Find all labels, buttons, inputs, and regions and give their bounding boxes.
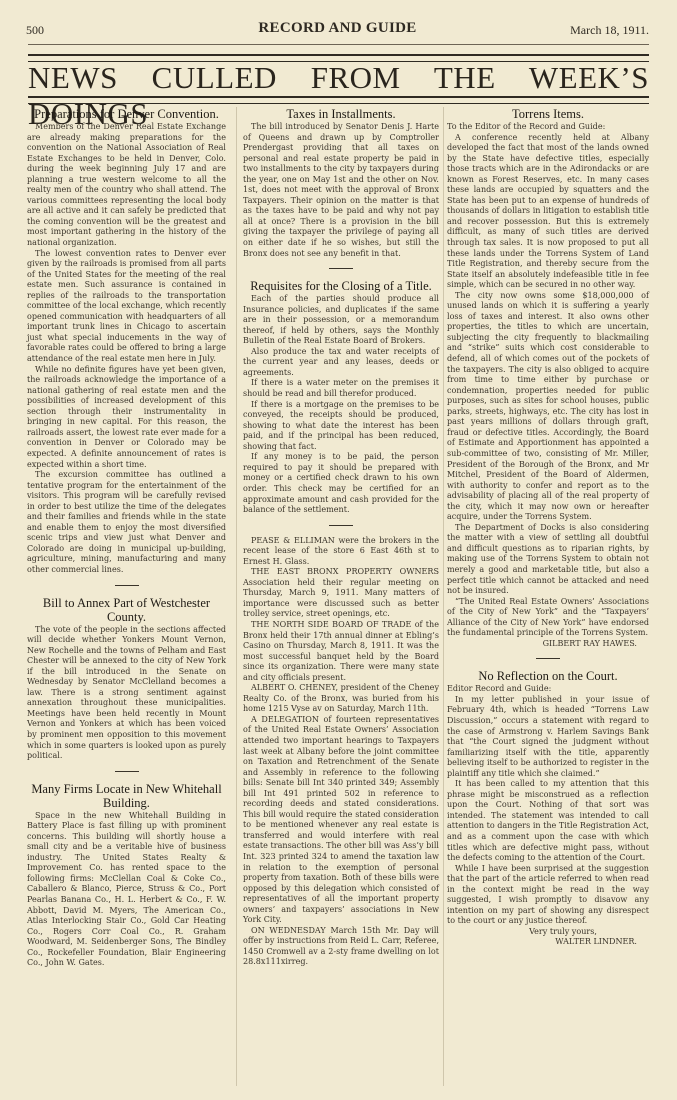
article-paragraph: If there is a mortgage on the premises t…: [243, 400, 439, 453]
article-paragraph: Space in the new Whitehall Building in B…: [27, 811, 226, 969]
brief-item: PEASE & ELLIMAN were the brokers in the …: [243, 536, 439, 568]
article-paragraph: The bill introduced by Senator Denis J. …: [243, 122, 439, 259]
article-headline: Many Firms Locate in New Whitehall Build…: [27, 782, 226, 810]
column-left: Preparations for Denver Convention. Memb…: [27, 107, 226, 969]
article-paragraph: The city now owns some $18,000,000 of un…: [447, 291, 649, 523]
article-paragraph: “The United Real Estate Owners’ Associat…: [447, 597, 649, 639]
article-paragraph: Each of the parties should produce all I…: [243, 294, 439, 347]
column-divider: [443, 107, 444, 1086]
article-paragraph: The vote of the people in the sections a…: [27, 625, 226, 762]
article-separator: [115, 771, 139, 772]
article-separator: [536, 658, 560, 659]
article-separator: [115, 585, 139, 586]
letter-signature: WALTER LINDNER.: [447, 937, 649, 948]
article-paragraph: If any money is to be paid, the person r…: [243, 452, 439, 515]
section-banner: NEWS CULLED FROM THE WEEK’S DOINGS: [28, 60, 649, 96]
issue-date: March 18, 1911.: [570, 23, 649, 38]
column-middle: Taxes in Installments. The bill introduc…: [243, 107, 439, 968]
column-right: Torrens Items. To the Editor of the Reco…: [447, 107, 649, 948]
article-headline: Taxes in Installments.: [243, 107, 439, 121]
article-no-reflection: No Reflection on the Court. Editor Recor…: [447, 669, 649, 948]
article-whitehall-building: Many Firms Locate in New Whitehall Build…: [27, 782, 226, 969]
letter-signature: GILBERT RAY HAWES.: [447, 639, 649, 650]
letter-salutation: To the Editor of the Record and Guide:: [447, 122, 649, 133]
article-taxes-installments: Taxes in Installments. The bill introduc…: [243, 107, 439, 259]
article-headline: Bill to Annex Part of Westchester County…: [27, 596, 226, 624]
article-headline: No Reflection on the Court.: [447, 669, 649, 683]
article-title-requisites: Requisites for the Closing of a Title. E…: [243, 279, 439, 515]
column-divider: [236, 107, 237, 1086]
letter-closing: Very truly yours,: [447, 927, 649, 938]
article-paragraph: While no definite figures have yet been …: [27, 365, 226, 470]
article-paragraph: In my letter published in your issue of …: [447, 695, 649, 779]
article-paragraph: The excursion committee has outlined a t…: [27, 470, 226, 575]
article-paragraph: The lowest convention rates to Denver ev…: [27, 249, 226, 365]
article-headline: Requisites for the Closing of a Title.: [243, 279, 439, 293]
header-rule: [28, 44, 649, 45]
brief-item: A DELEGATION of fourteen representatives…: [243, 715, 439, 926]
brief-item: THE NORTH SIDE BOARD OF TRADE of the Bro…: [243, 620, 439, 683]
brief-item: THE EAST BRONX PROPERTY OWNERS Associati…: [243, 567, 439, 620]
article-separator: [329, 525, 353, 526]
article-westchester-annex: Bill to Annex Part of Westchester County…: [27, 596, 226, 762]
newspaper-page: 500 RECORD AND GUIDE March 18, 1911. NEW…: [0, 0, 677, 1100]
letter-salutation: Editor Record and Guide:: [447, 684, 649, 695]
article-separator: [329, 268, 353, 269]
brief-item: ALBERT O. CHENEY, president of the Chene…: [243, 683, 439, 715]
article-paragraph: Members of the Denver Real Estate Exchan…: [27, 122, 226, 249]
banner-rule-bottom: [28, 96, 649, 104]
news-briefs: PEASE & ELLIMAN were the brokers in the …: [243, 536, 439, 968]
running-head: 500 RECORD AND GUIDE March 18, 1911.: [26, 20, 649, 40]
article-paragraph: The Department of Docks is also consider…: [447, 523, 649, 597]
article-headline: Torrens Items.: [447, 107, 649, 121]
article-headline: Preparations for Denver Convention.: [27, 107, 226, 121]
article-torrens-items: Torrens Items. To the Editor of the Reco…: [447, 107, 649, 649]
journal-title: RECORD AND GUIDE: [26, 20, 649, 37]
article-paragraph: While I have been surprised at the sugge…: [447, 864, 649, 927]
article-denver-convention: Preparations for Denver Convention. Memb…: [27, 107, 226, 576]
article-paragraph: It has been called to my attention that …: [447, 779, 649, 863]
article-paragraph: Also produce the tax and water receipts …: [243, 347, 439, 379]
article-paragraph: If there is a water meter on the premise…: [243, 378, 439, 399]
article-paragraph: A conference recently held at Albany dev…: [447, 133, 649, 291]
brief-item: ON WEDNESDAY March 15th Mr. Day will off…: [243, 926, 439, 968]
